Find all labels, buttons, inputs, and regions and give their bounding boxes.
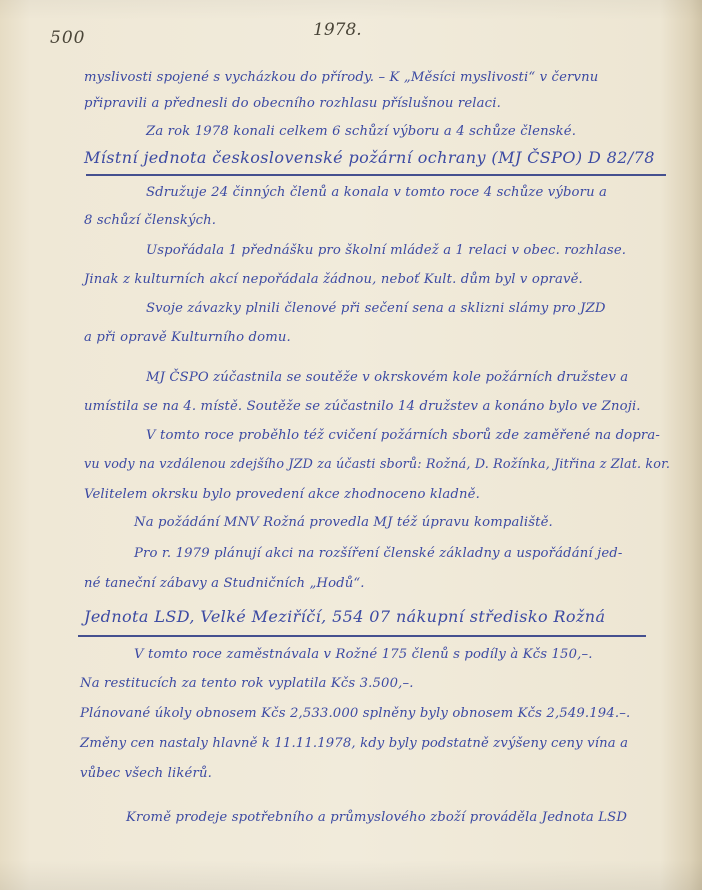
text-line: Jinak z kulturních akcí nepořádala žádno… (84, 272, 583, 287)
heading-underline (86, 174, 666, 176)
text-line: 8 schůzí členských. (84, 213, 216, 228)
text-line: Za rok 1978 konali celkem 6 schůzí výbor… (146, 124, 606, 139)
text-line: né taneční zábavy a Studničních „Hodů“. (84, 576, 365, 591)
text-line: Plánované úkoly obnosem Kčs 2,533.000 sp… (80, 706, 630, 721)
text-line: připravili a přednesli do obecního rozhl… (84, 96, 504, 111)
text-line: V tomto roce zaměstnávala v Rožné 175 čl… (134, 647, 593, 662)
text-line: Svoje závazky plnili členové při sečení … (146, 301, 606, 316)
text-line: Kromě prodeje spotřebního a průmyslového… (126, 810, 627, 825)
text-line: vu vody na vzdálenou zdejšího JZD za úča… (84, 457, 670, 472)
section-heading-fire-brigade: Místní jednota československé požární oc… (84, 148, 655, 167)
text-line: a při opravě Kulturního domu. (84, 330, 291, 345)
page-number: 500 (50, 28, 85, 48)
text-line: Velitelem okrsku bylo provedení akce zho… (84, 487, 480, 502)
year-heading: 1978. (313, 20, 362, 40)
text-line: umístila se na 4. místě. Soutěže se zúča… (84, 399, 641, 414)
heading-underline (78, 635, 646, 637)
chronicle-page: 500 1978. myslivosti spojené s vycházkou… (0, 0, 702, 890)
text-line: Změny cen nastaly hlavně k 11.11.1978, k… (80, 736, 628, 751)
text-line: Sdružuje 24 činných členů a konala v tom… (146, 185, 607, 200)
section-heading-jednota: Jednota LSD, Velké Meziříčí, 554 07 náku… (84, 607, 605, 626)
text-line: V tomto roce proběhlo též cvičení požárn… (146, 428, 660, 443)
text-line: Pro r. 1979 plánují akci na rozšíření čl… (134, 546, 622, 561)
text-line: myslivosti spojené s vycházkou do přírod… (84, 70, 664, 85)
text-line: Na požádání MNV Rožná provedla MJ též úp… (134, 515, 553, 530)
text-line: Uspořádala 1 přednášku pro školní mládež… (146, 243, 626, 258)
text-line: vůbec všech likérů. (80, 766, 212, 781)
text-line: Na restitucích za tento rok vyplatila Kč… (80, 676, 414, 691)
text-line: MJ ČSPO zúčastnila se soutěže v okrskové… (146, 370, 628, 385)
